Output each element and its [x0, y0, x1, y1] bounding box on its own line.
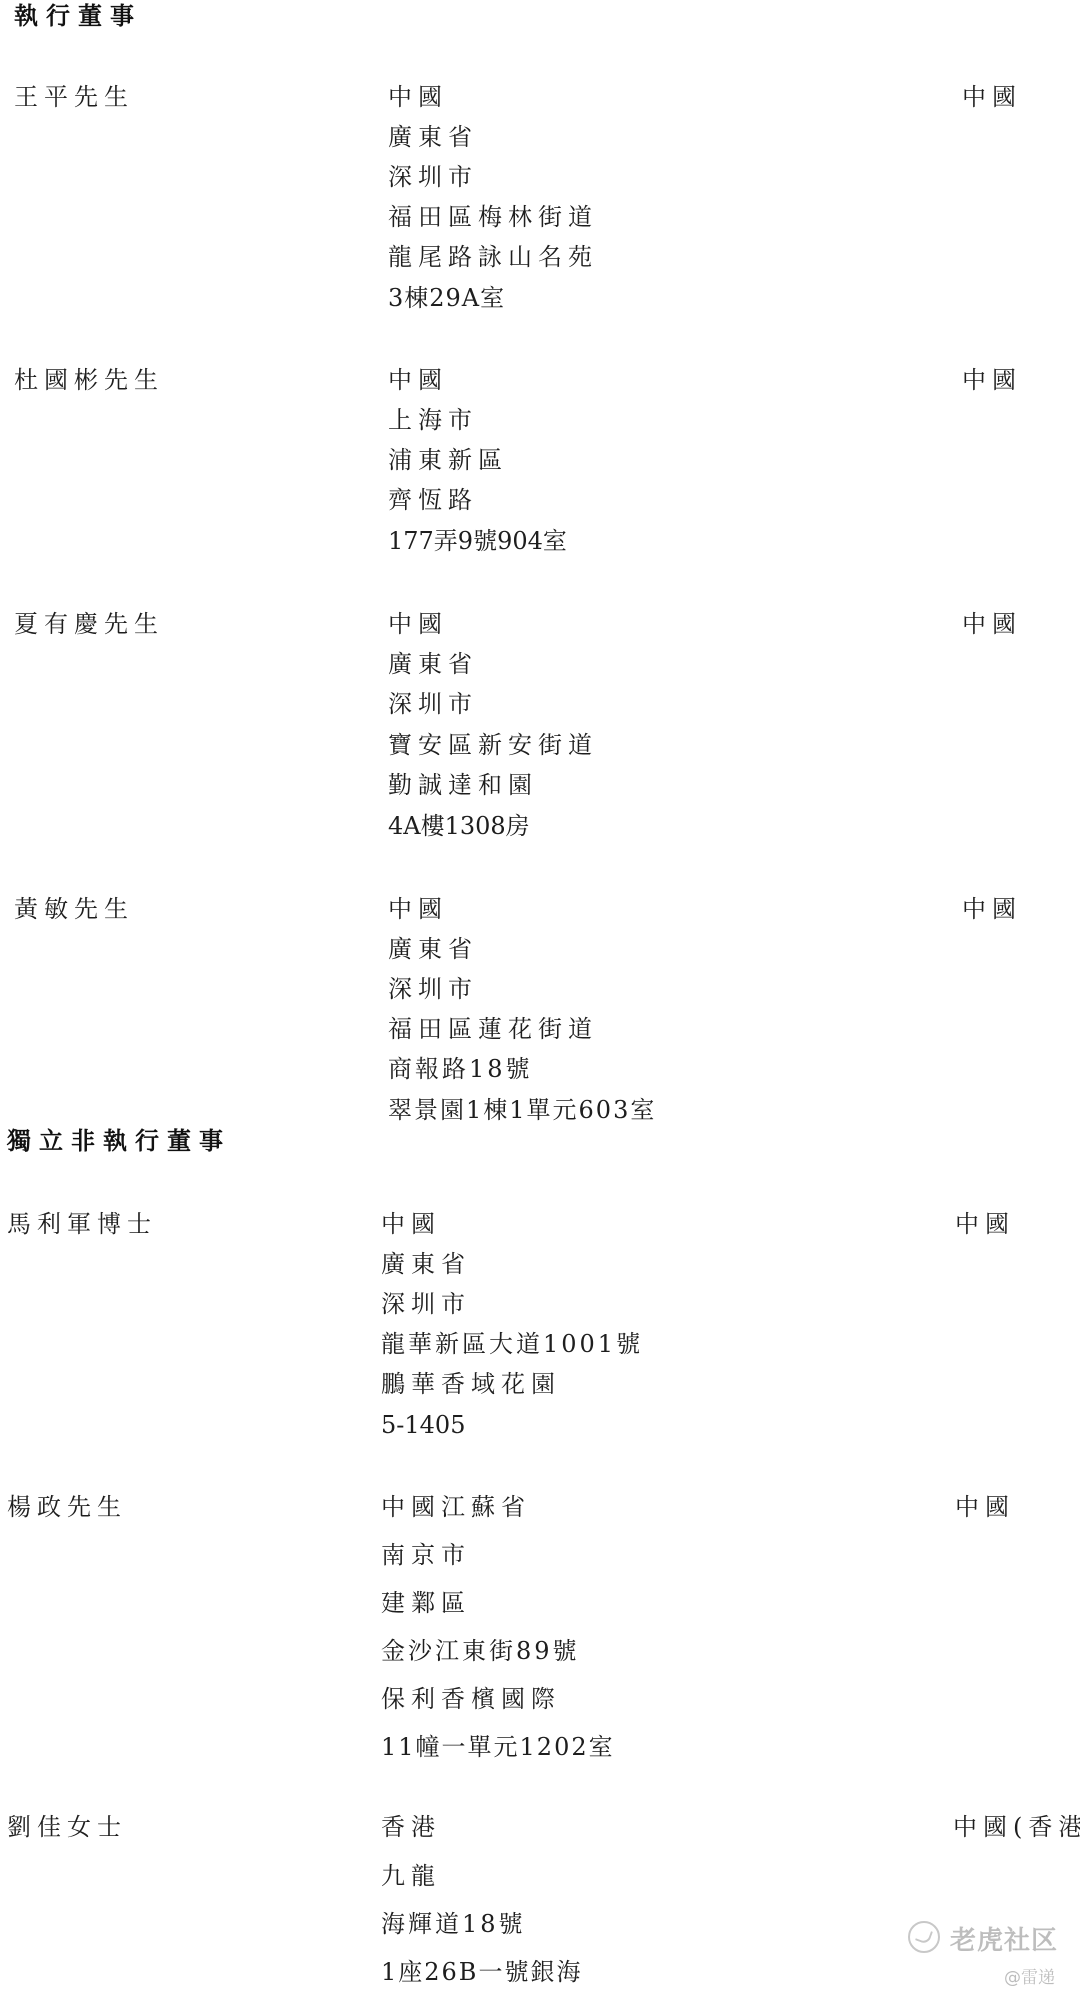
address-line: 翠景園1棟1單元603室 [388, 1098, 656, 1122]
address-line: 海輝道18號 [381, 1912, 526, 1936]
address-line: 齊恆路 [388, 488, 478, 512]
address-line: 南京市 [381, 1543, 471, 1567]
director-name: 劉佳女士 [7, 1815, 127, 1839]
address-line: 廣東省 [388, 652, 478, 676]
address-line: 177弄9號904室 [388, 529, 567, 553]
address-line: 中國 [388, 897, 448, 921]
nationality: 中國 [962, 85, 1022, 109]
address-line: 深圳市 [381, 1292, 471, 1316]
address-line: 中國 [388, 368, 448, 392]
section-heading-executive-directors: 執行董事 [14, 4, 142, 28]
address-line: 鵬華香域花園 [381, 1372, 561, 1396]
director-name: 杜國彬先生 [14, 368, 164, 392]
address-line: 金沙江東街89號 [381, 1639, 580, 1663]
address-line: 5-1405 [381, 1413, 465, 1437]
nationality: 中國 [955, 1212, 1015, 1236]
address-line: 九龍 [381, 1864, 441, 1888]
address-line: 勤誠達和園 [388, 773, 538, 797]
address-line: 福田區蓮花街道 [388, 1017, 598, 1041]
address-line: 福田區梅林街道 [388, 205, 598, 229]
address-line: 香港 [381, 1815, 441, 1839]
nationality: 中國 [962, 897, 1022, 921]
address-line: 廣東省 [388, 937, 478, 961]
address-line: 深圳市 [388, 977, 478, 1001]
section-heading-independent-non-executive-directors: 獨立非執行董事 [7, 1129, 231, 1153]
watermark-author: @雷递 [1004, 1963, 1055, 1988]
watermark-brand: 老虎社区 [950, 1920, 1058, 1957]
director-name: 馬利軍博士 [7, 1212, 157, 1236]
nationality: 中國 [962, 368, 1022, 392]
address-line: 中國 [388, 612, 448, 636]
address-line: 深圳市 [388, 692, 478, 716]
address-line: 廣東省 [388, 125, 478, 149]
address-line: 龍華新區大道1001號 [381, 1332, 643, 1356]
nationality: 中國(香港 [953, 1815, 1080, 1839]
nationality: 中國 [955, 1495, 1015, 1519]
address-line: 保利香檳國際 [381, 1687, 561, 1711]
nationality: 中國 [962, 612, 1022, 636]
address-line: 上海市 [388, 408, 478, 432]
tiger-community-logo-icon [908, 1921, 940, 1953]
director-name: 楊政先生 [7, 1495, 127, 1519]
address-line: 龍尾路詠山名苑 [388, 245, 598, 269]
address-line: 商報路18號 [388, 1057, 533, 1081]
address-line: 浦東新區 [388, 448, 508, 472]
director-name: 王平先生 [14, 85, 134, 109]
address-line: 1座26B一號銀海 [381, 1960, 582, 1984]
address-line: 建鄴區 [381, 1591, 471, 1615]
address-line: 中國 [381, 1212, 441, 1236]
address-line: 廣東省 [381, 1252, 471, 1276]
address-line: 3棟29A室 [388, 286, 505, 310]
director-name: 夏有慶先生 [14, 612, 164, 636]
address-line: 4A樓1308房 [388, 814, 530, 838]
address-line: 中國 [388, 85, 448, 109]
address-line: 中國江蘇省 [381, 1495, 531, 1519]
address-line: 寶安區新安街道 [388, 733, 598, 757]
director-name: 黃敏先生 [14, 897, 134, 921]
address-line: 11幢一單元1202室 [381, 1735, 615, 1759]
address-line: 深圳市 [388, 165, 478, 189]
